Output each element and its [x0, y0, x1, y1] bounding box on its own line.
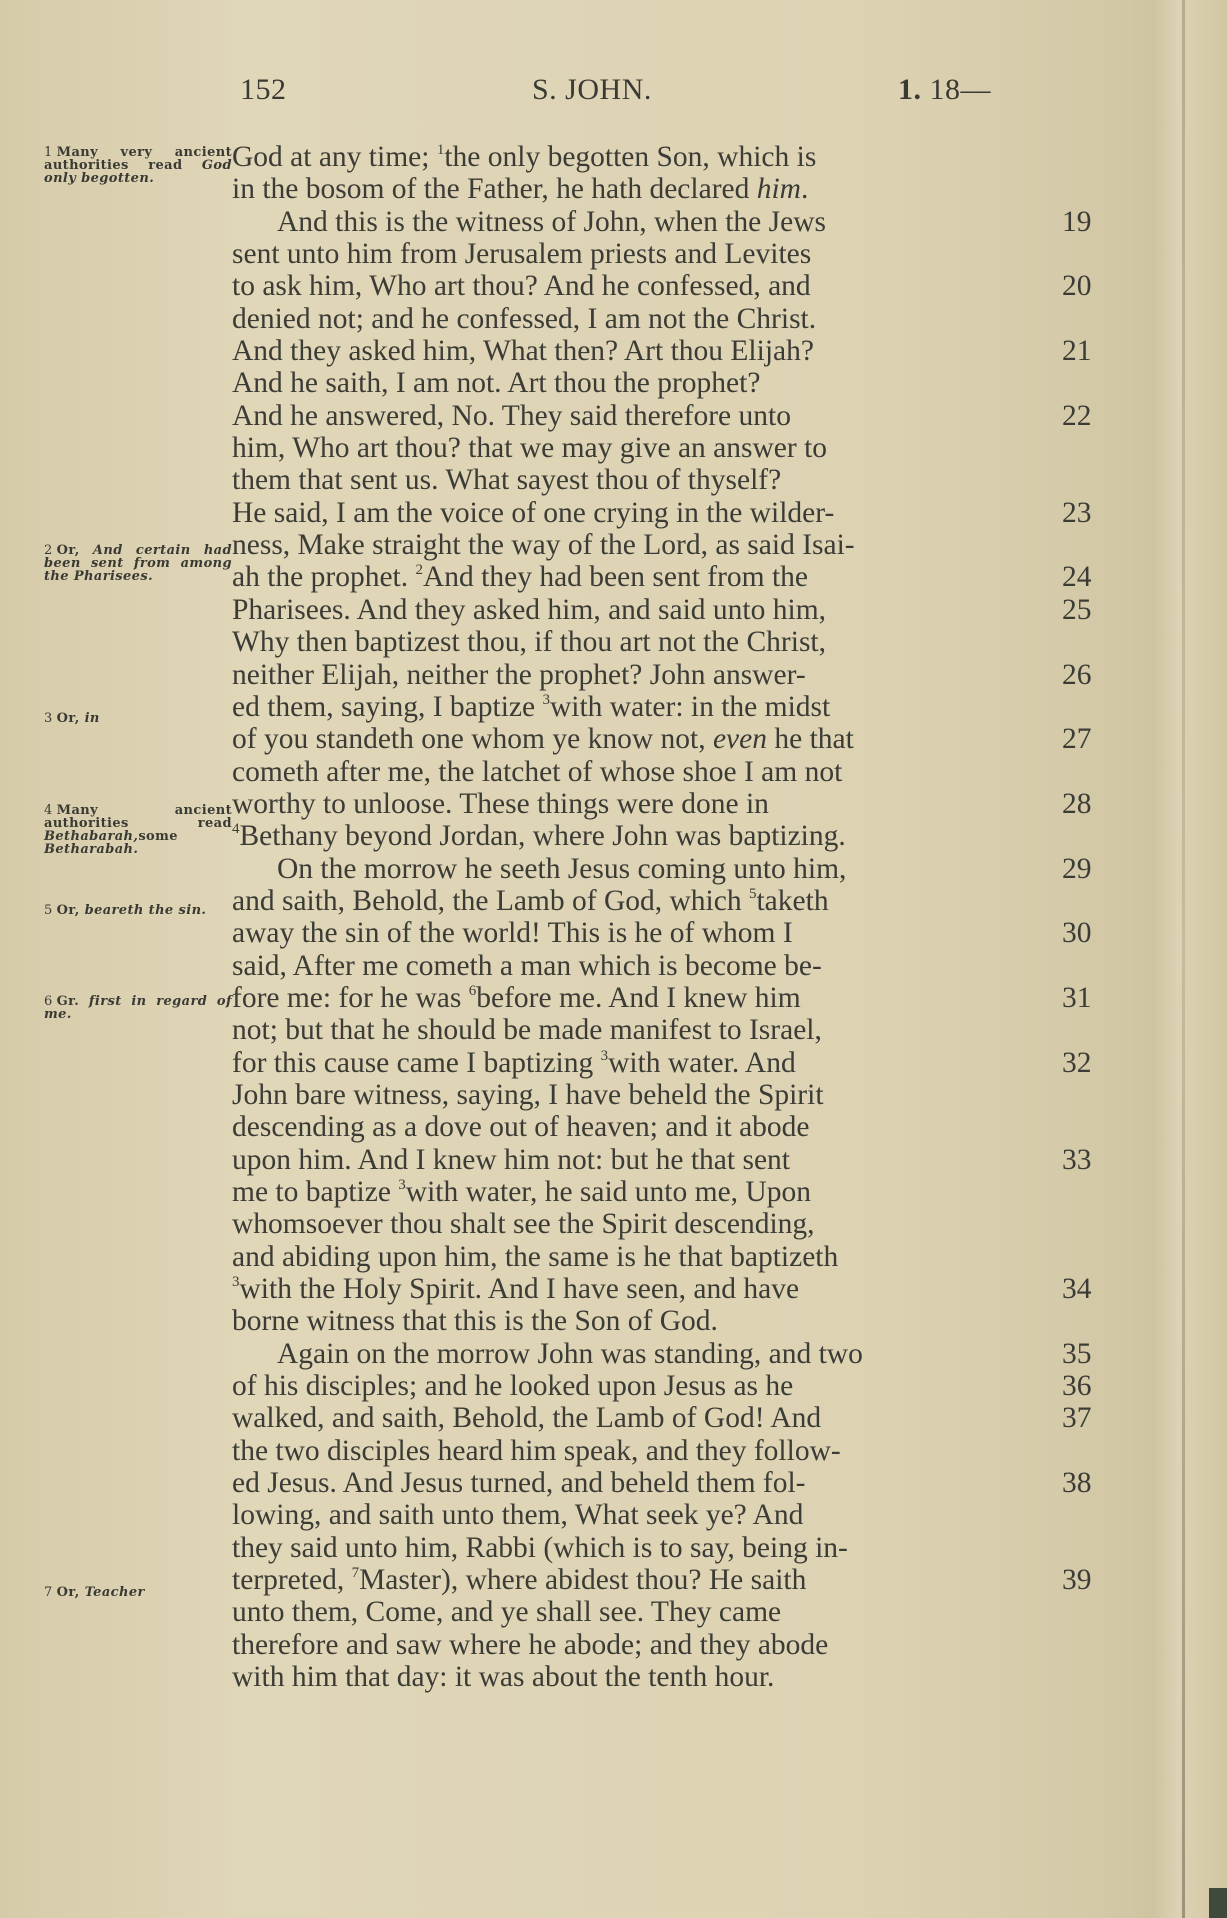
text-run: with the Holy Spirit. And I have seen, a…	[240, 1273, 800, 1305]
text-line: Why then baptizest thou, if thou art not…	[232, 626, 1062, 658]
text-run: ed Jesus. And Jesus turned, and beheld t…	[232, 1467, 806, 1499]
text-run: and abiding upon him, the same is he tha…	[232, 1241, 838, 1273]
text-run: in the bosom of the Father, he hath decl…	[232, 173, 757, 205]
margin-note-1: 1Many very ancient authorities read God …	[44, 146, 232, 185]
text-run: cometh after me, the latchet of whose sh…	[232, 756, 842, 788]
text-line: denied not; and he confessed, I am not t…	[232, 303, 1062, 335]
verse-number: 36	[1062, 1370, 1092, 1402]
footnote-marker: 4	[232, 821, 240, 837]
verse-number: 32	[1062, 1047, 1092, 1079]
margin-note-4: 4Many ancient authorities read Bethabara…	[44, 804, 232, 856]
text-line: descending as a dove out of heaven; and …	[232, 1111, 1062, 1143]
page-corner-shadow	[1209, 1888, 1227, 1918]
verse-number: 38	[1062, 1467, 1092, 1499]
text-line: He said, I am the voice of one crying in…	[232, 497, 1062, 529]
text-line: ness, Make straight the way of the Lord,…	[232, 529, 1062, 561]
verse-number: 27	[1062, 723, 1092, 755]
text-run: God at any time;	[232, 141, 437, 173]
verse-number: 21	[1062, 335, 1092, 367]
text-line: in the bosom of the Father, he hath decl…	[232, 173, 1062, 205]
text-run: denied not; and he confessed, I am not t…	[232, 303, 816, 335]
text-line: And this is the witness of John, when th…	[232, 206, 1062, 238]
text-line: Again on the morrow John was standing, a…	[232, 1338, 1062, 1370]
text-line: ed them, saying, I baptize 3with water: …	[232, 691, 1062, 723]
verse-number: 31	[1062, 982, 1092, 1014]
text-line: And he answered, No. They said therefore…	[232, 400, 1062, 432]
text-run: borne witness that this is the Son of Go…	[232, 1305, 718, 1337]
text-run: And this is the witness of John, when th…	[277, 206, 826, 238]
text-run: with water. And	[608, 1047, 796, 1079]
text-run: .	[801, 173, 808, 205]
page-gutter-edge	[1182, 0, 1185, 1918]
text-run: lowing, and saith unto them, What seek y…	[232, 1499, 803, 1531]
margin-note-5: 5Or, beareth the sin.	[44, 904, 232, 917]
text-line: the two disciples heard him speak, and t…	[232, 1435, 1062, 1467]
text-line: of you standeth one whom ye know not, ev…	[232, 723, 1062, 755]
text-run: fore me: for he was	[232, 982, 469, 1014]
text-line: lowing, and saith unto them, What seek y…	[232, 1499, 1062, 1531]
verse-number: 39	[1062, 1564, 1092, 1596]
verse-number: 26	[1062, 659, 1092, 691]
text-run: and saith, Behold, the Lamb of God, whic…	[232, 885, 749, 917]
text-run: terpreted,	[232, 1564, 352, 1596]
text-run: worthy to unloose. These things were don…	[232, 788, 769, 820]
chapter-verse-ref: 1. 18—	[898, 73, 991, 107]
footnote-marker: 2	[416, 562, 424, 578]
verse-number: 22	[1062, 400, 1092, 432]
text-run: taketh	[756, 885, 828, 917]
text-run: And he saith, I am not. Art thou the pro…	[232, 367, 760, 399]
text-line: cometh after me, the latchet of whose sh…	[232, 756, 1062, 788]
verse-number: 34	[1062, 1273, 1092, 1305]
text-line: upon him. And I knew him not: but he tha…	[232, 1144, 1062, 1176]
text-run: Bethany beyond Jordan, where John was ba…	[240, 820, 846, 852]
text-run: descending as a dove out of heaven; and …	[232, 1111, 810, 1143]
text-line: and saith, Behold, the Lamb of God, whic…	[232, 885, 1062, 917]
text-run: Again on the morrow John was standing, a…	[277, 1338, 863, 1370]
text-run: neither Elijah, neither the prophet? Joh…	[232, 659, 806, 691]
text-line: to ask him, Who art thou? And he confess…	[232, 270, 1062, 302]
text-run: unto them, Come, and ye shall see. They …	[232, 1596, 781, 1628]
text-run: for this cause came I baptizing	[232, 1047, 601, 1079]
verse-number: 29	[1062, 853, 1092, 885]
verse-number: 37	[1062, 1402, 1092, 1434]
text-line: unto them, Come, and ye shall see. They …	[232, 1596, 1062, 1628]
text-run: of his disciples; and he looked upon Jes…	[232, 1370, 793, 1402]
text-run: even	[713, 723, 767, 755]
book-title: S. JOHN.	[532, 73, 652, 107]
text-run: before me. And I knew him	[476, 982, 800, 1014]
text-run: John bare witness, saying, I have beheld…	[232, 1079, 824, 1111]
text-line: And they asked him, What then? Art thou …	[232, 335, 1062, 367]
text-run: whomsoever thou shalt see the Spirit des…	[232, 1208, 815, 1240]
text-run: the two disciples heard him speak, and t…	[232, 1435, 841, 1467]
text-line: me to baptize 3with water, he said unto …	[232, 1176, 1062, 1208]
text-run: Why then baptizest thou, if thou art not…	[232, 626, 826, 658]
text-line: not; but that he should be made manifest…	[232, 1014, 1062, 1046]
verse-start: 18—	[930, 73, 992, 106]
text-line: said, After me cometh a man which is bec…	[232, 950, 1062, 982]
text-run: ah the prophet.	[232, 561, 416, 593]
text-run: they said unto him, Rabbi (which is to s…	[232, 1532, 848, 1564]
chapter-number: 1.	[898, 73, 922, 106]
text-run: them that sent us. What sayest thou of t…	[232, 464, 781, 496]
text-run: ness, Make straight the way of the Lord,…	[232, 529, 855, 561]
verse-number: 24	[1062, 561, 1092, 593]
footnote-marker: 3	[398, 1177, 406, 1193]
margin-note-2: 2Or, And certain had been sent from amon…	[44, 544, 232, 583]
text-line: him, Who art thou? that we may give an a…	[232, 432, 1062, 464]
footnote-marker: 7	[352, 1565, 360, 1581]
verse-number: 25	[1062, 594, 1092, 626]
text-line: them that sent us. What sayest thou of t…	[232, 464, 1062, 496]
text-run: me to baptize	[232, 1176, 398, 1208]
text-run: him, Who art thou? that we may give an a…	[232, 432, 827, 464]
text-line: walked, and saith, Behold, the Lamb of G…	[232, 1402, 1062, 1434]
text-line: 4Bethany beyond Jordan, where John was b…	[232, 820, 1062, 852]
verse-number: 28	[1062, 788, 1092, 820]
text-line: for this cause came I baptizing 3with wa…	[232, 1047, 1062, 1079]
text-line: therefore and saw where he abode; and th…	[232, 1629, 1062, 1661]
text-run: with water: in the midst	[550, 691, 830, 723]
text-line: John bare witness, saying, I have beheld…	[232, 1079, 1062, 1111]
text-run: He said, I am the voice of one crying in…	[232, 497, 834, 529]
verse-number: 35	[1062, 1338, 1092, 1370]
text-run: not; but that he should be made manifest…	[232, 1014, 822, 1046]
footnote-marker: 3	[542, 692, 550, 708]
text-line: worthy to unloose. These things were don…	[232, 788, 1062, 820]
text-line: On the morrow he seeth Jesus coming unto…	[232, 853, 1062, 885]
margin-note-3: 3Or, in	[44, 712, 232, 725]
verse-number: 30	[1062, 917, 1092, 949]
text-run: therefore and saw where he abode; and th…	[232, 1629, 828, 1661]
text-run: he that	[767, 723, 854, 755]
text-run: And they asked him, What then? Art thou …	[232, 335, 814, 367]
text-run: upon him. And I knew him not: but he tha…	[232, 1144, 790, 1176]
text-run: And he answered, No. They said therefore…	[232, 400, 791, 432]
text-line: 3with the Holy Spirit. And I have seen, …	[232, 1273, 1062, 1305]
text-line: Pharisees. And they asked him, and said …	[232, 594, 1062, 626]
text-line: neither Elijah, neither the prophet? Joh…	[232, 659, 1062, 691]
footnote-marker: 3	[601, 1048, 609, 1064]
text-line: with him that day: it was about the tent…	[232, 1661, 1062, 1693]
text-run: Master), where abidest thou? He saith	[359, 1564, 806, 1596]
text-line: terpreted, 7Master), where abidest thou?…	[232, 1564, 1062, 1596]
footnote-marker: 3	[232, 1274, 240, 1290]
page-number: 152	[240, 73, 287, 107]
scripture-text: God at any time; 1the only begotten Son,…	[232, 141, 1112, 1694]
text-run: with water, he said unto me, Upon	[406, 1176, 811, 1208]
text-run: of you standeth one whom ye know not,	[232, 723, 713, 755]
book-page: 152 S. JOHN. 1. 18— 1Many very ancient a…	[0, 0, 1227, 1918]
margin-note-6: 6Gr. first in regard of me.	[44, 995, 232, 1021]
text-run: away the sin of the world! This is he of…	[232, 917, 793, 949]
text-line: fore me: for he was 6before me. And I kn…	[232, 982, 1062, 1014]
text-run: said, After me cometh a man which is bec…	[232, 950, 822, 982]
text-line: they said unto him, Rabbi (which is to s…	[232, 1532, 1062, 1564]
verse-number: 19	[1062, 206, 1092, 238]
text-run: sent unto him from Jerusalem priests and…	[232, 238, 811, 270]
text-line: of his disciples; and he looked upon Jes…	[232, 1370, 1062, 1402]
text-line: And he saith, I am not. Art thou the pro…	[232, 367, 1062, 399]
verse-number: 23	[1062, 497, 1092, 529]
running-header: 152 S. JOHN. 1. 18—	[0, 73, 1227, 113]
text-run: On the morrow he seeth Jesus coming unto…	[277, 853, 846, 885]
margin-note-7: 7Or, Teacher	[44, 1586, 232, 1599]
text-run: Pharisees. And they asked him, and said …	[232, 594, 826, 626]
text-line: God at any time; 1the only begotten Son,…	[232, 141, 1062, 173]
text-line: ah the prophet. 2And they had been sent …	[232, 561, 1062, 593]
text-run: And they had been sent from the	[423, 561, 808, 593]
text-run: him	[757, 173, 801, 205]
verse-number: 33	[1062, 1144, 1092, 1176]
text-line: borne witness that this is the Son of Go…	[232, 1305, 1062, 1337]
text-line: away the sin of the world! This is he of…	[232, 917, 1062, 949]
text-line: whomsoever thou shalt see the Spirit des…	[232, 1208, 1062, 1240]
text-run: walked, and saith, Behold, the Lamb of G…	[232, 1402, 821, 1434]
text-line: and abiding upon him, the same is he tha…	[232, 1241, 1062, 1273]
text-run: to ask him, Who art thou? And he confess…	[232, 270, 811, 302]
text-run: the only begotten Son, which is	[444, 141, 816, 173]
text-run: with him that day: it was about the tent…	[232, 1661, 774, 1693]
text-line: ed Jesus. And Jesus turned, and beheld t…	[232, 1467, 1062, 1499]
text-run: ed them, saying, I baptize	[232, 691, 542, 723]
verse-number: 20	[1062, 270, 1092, 302]
text-line: sent unto him from Jerusalem priests and…	[232, 238, 1062, 270]
